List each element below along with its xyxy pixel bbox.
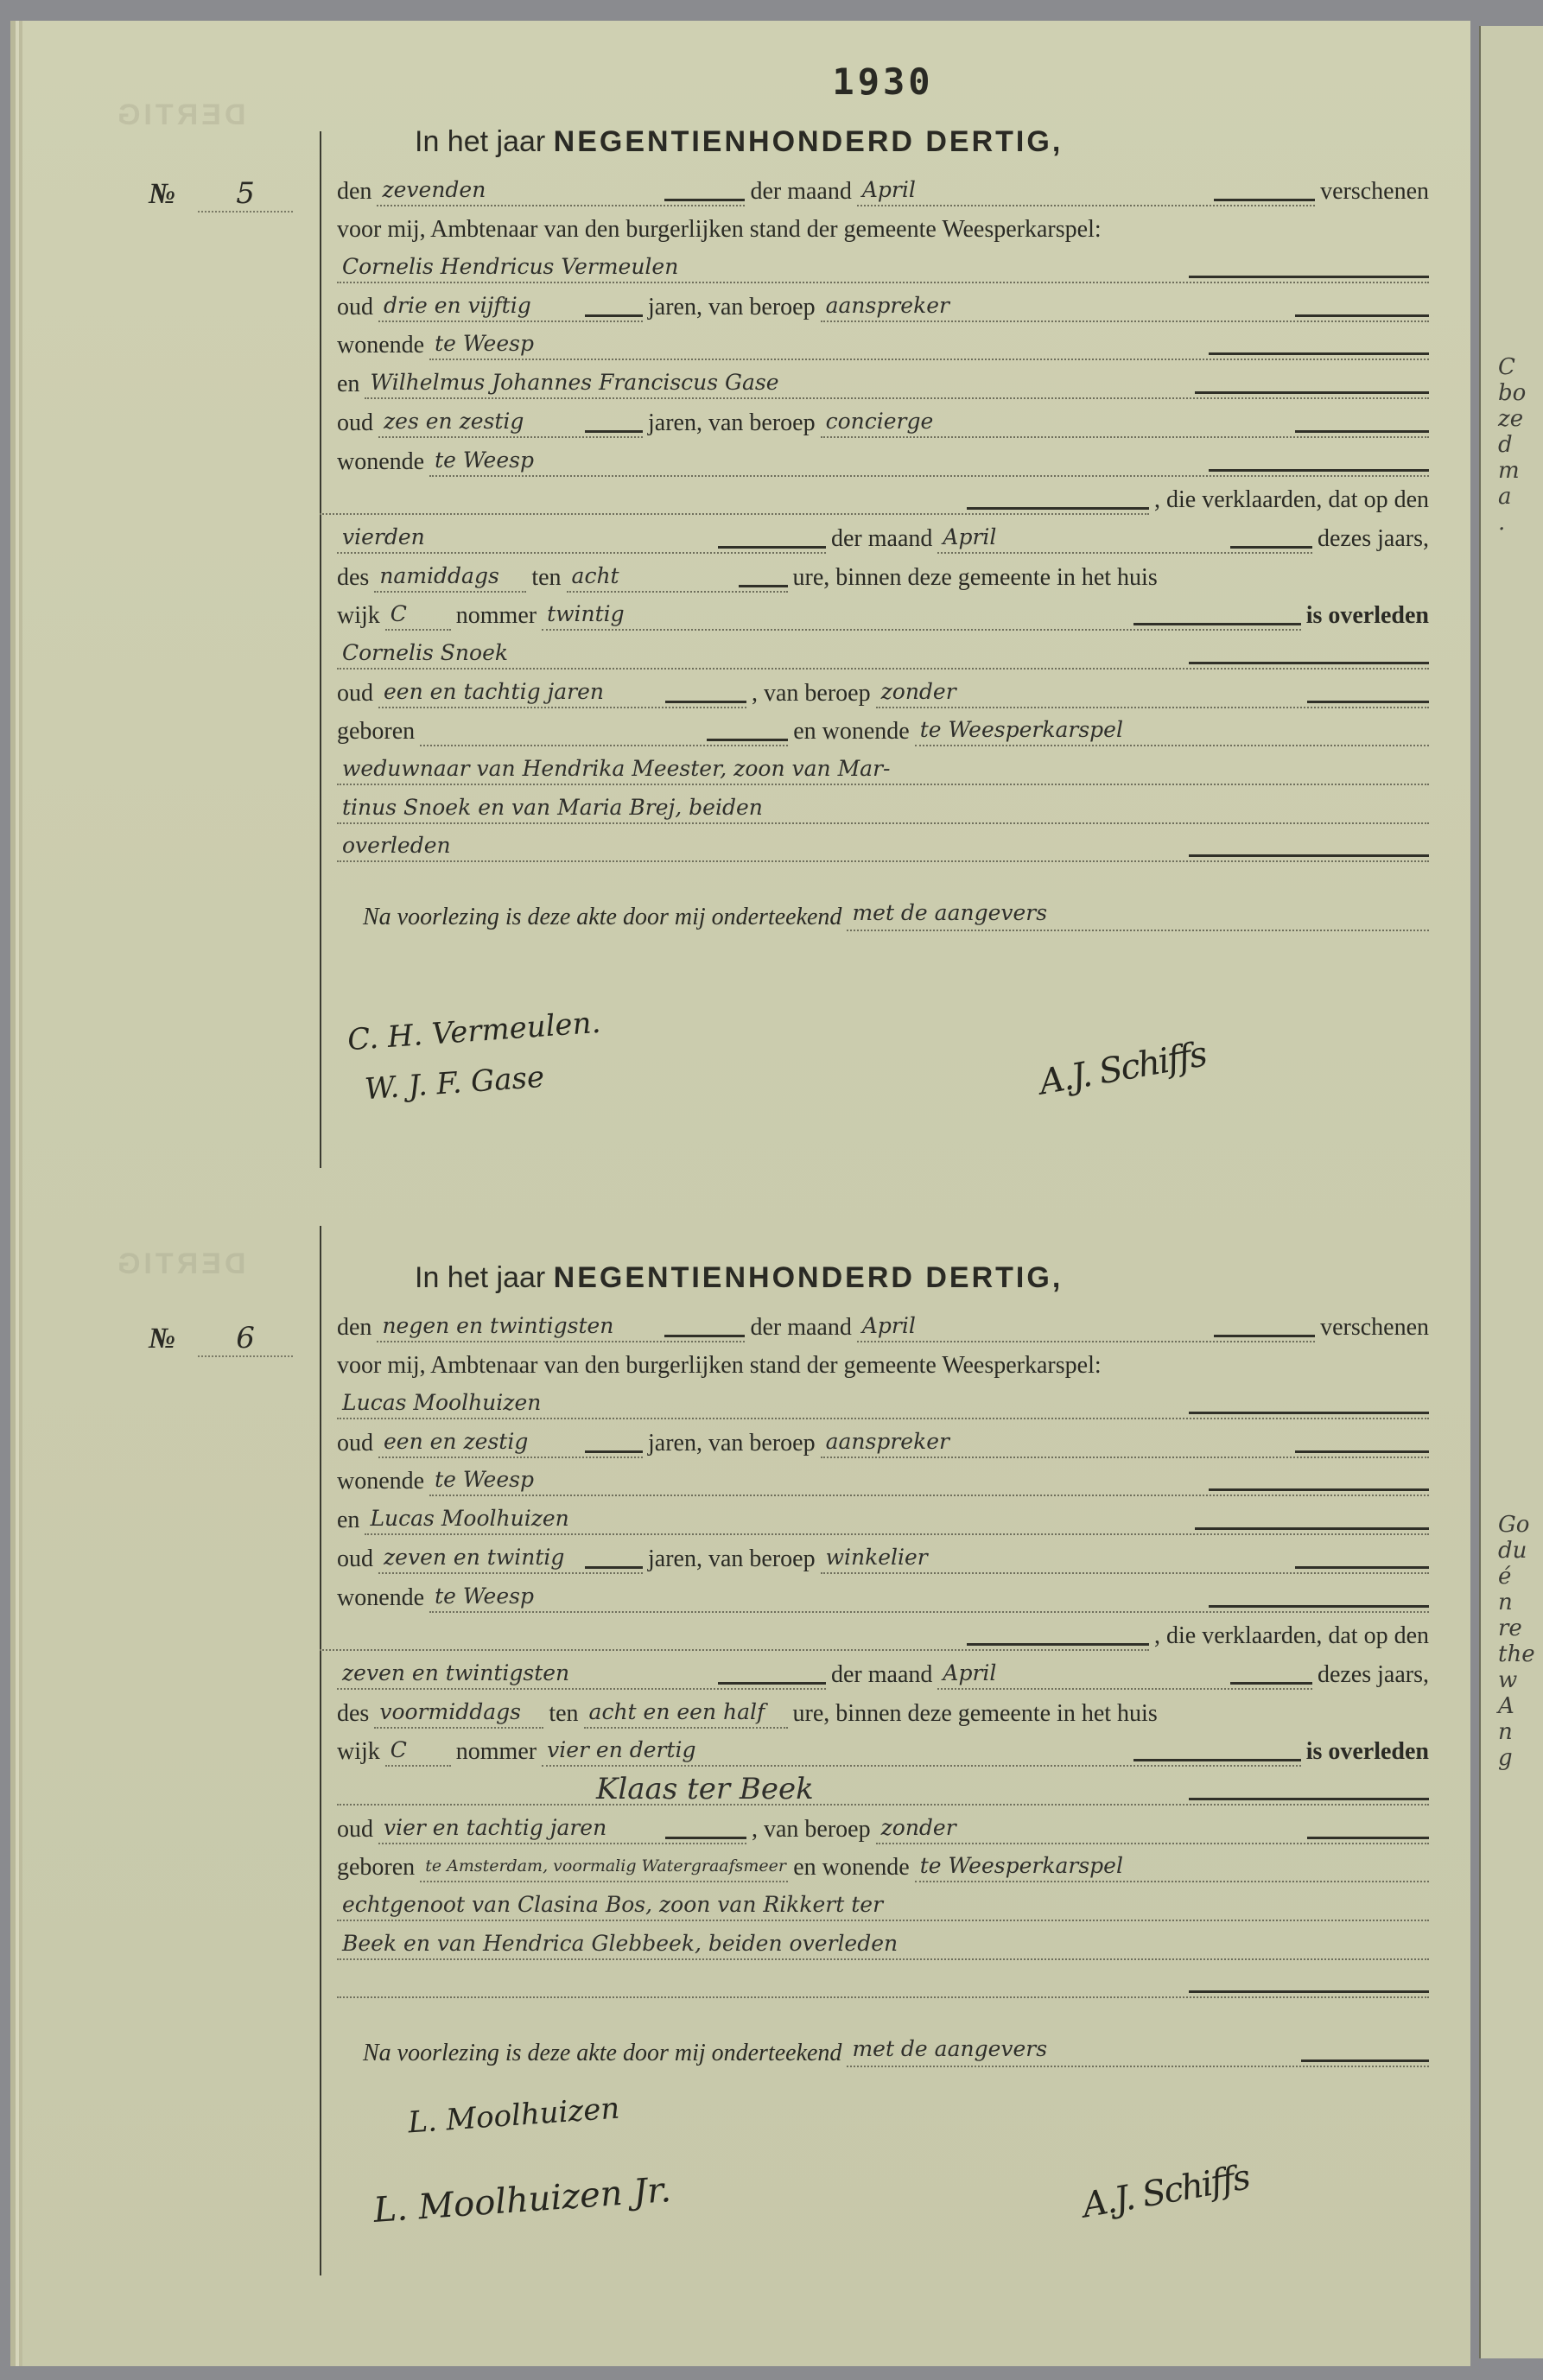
field-birthplace [420,715,788,746]
field-month: April [857,1311,1315,1342]
field-nommer: vier en dertig [542,1736,1301,1767]
record-number: № 6 [149,1321,293,1357]
line-declarant1-name: Cornelis Hendricus Vermeulen [337,244,1434,283]
field-death-month: April [937,523,1312,554]
line-remarks: echtgenoot van Clasina Bos, zoon van Rik… [337,1882,1434,1921]
margin-rule [320,1226,321,2275]
field-death-day: zeven en twintigsten [337,1659,826,1690]
header-prefix: In het jaar [415,125,545,158]
label-der-maand: der maand [831,524,937,554]
field-remarks: overleden [337,831,1429,862]
signature-declarant1: L. Moolhuizen [407,2091,621,2140]
field-residence: te Weesperkarspel [915,1851,1429,1882]
label-ten: ten [531,563,566,593]
record-number-value: 6 [198,1321,293,1357]
field-declarant2-residence: te Weesp [429,446,1429,477]
line-address: wijk C nommer vier en dertig is overlede… [337,1729,1434,1768]
label-verschenen: verschenen [1320,1313,1434,1342]
closing-text: Na voorlezing is deze akte door mij onde… [337,904,847,931]
label-van-beroep: , van beroep [752,679,876,708]
line-preamble: voor mij, Ambtenaar van den burgerlijken… [337,206,1434,245]
label-ure: ure, binnen deze gemeente in het huis [793,1699,1163,1729]
signature-declarant2: W. J. F. Gase [364,1060,545,1107]
line-death-time: des voormiddags ten acht en een half ure… [337,1690,1434,1729]
record-header: In het jaar NEGENTIENHONDERD DERTIG, [337,116,1434,168]
line-declarant2-residence: wonende te Weesp [337,438,1434,477]
label-oud: oud [337,409,378,438]
label-is-overleden: is overleden [1306,1737,1434,1767]
field-blank [320,484,1149,515]
bleedthrough-text: DERTIG [114,1247,245,1281]
field-time-of-day: voormiddags [374,1698,543,1729]
header-year-words: NEGENTIENHONDERD DERTIG, [554,1261,1064,1294]
line-declarant2-name: en Lucas Moolhuizen [337,1496,1434,1535]
label-wonende: wonende [337,331,429,360]
field-time-of-day: namiddags [374,562,526,593]
margin-note: C bo ze d m a . [1498,354,1526,536]
label-jaren-beroep: jaren, van beroep [648,409,821,438]
label-geboren: geboren [337,1853,420,1882]
label-oud: oud [337,1815,378,1844]
line-death-time: des namiddags ten acht ure, binnen deze … [337,554,1434,593]
field-declarant2-age: zes en zestig [378,407,643,438]
field-nommer: twintig [542,600,1301,631]
label-oud: oud [337,1429,378,1458]
label-is-overleden: is overleden [1306,601,1434,631]
field-signed-with: met de aangevers [847,900,1429,931]
line-remarks: tinus Snoek en van Maria Brej, beiden [337,785,1434,824]
label-verklaarden: , die verklaarden, dat op den [1154,1622,1434,1651]
death-record-6: In het jaar NEGENTIENHONDERD DERTIG, den… [337,1252,1434,2067]
preamble: voor mij, Ambtenaar van den burgerlijken… [337,1351,1107,1380]
preamble: voor mij, Ambtenaar van den burgerlijken… [337,215,1107,244]
label-wijk: wijk [337,1737,385,1767]
line-deceased-name: Klaas ter Beek [337,1767,1434,1806]
label-oud: oud [337,1545,378,1574]
label-en-wonende: en wonende [793,717,915,746]
record-number-value: 5 [198,176,293,213]
field-declarant2-occupation: concierge [821,407,1429,438]
field-remarks [337,1967,1429,1998]
line-deceased-age: oud een en tachtig jaren , van beroep zo… [337,670,1434,708]
margin-note: Go du é n re the w A n g [1498,1512,1535,1771]
closing-text: Na voorlezing is deze akte door mij onde… [337,2040,847,2067]
label-des: des [337,1699,374,1729]
line-deceased-name: Cornelis Snoek [337,631,1434,670]
field-deceased-age: vier en tachtig jaren [378,1813,746,1844]
register-year: 1930 [788,60,978,103]
label-jaren-beroep: jaren, van beroep [648,1545,821,1574]
record-number: № 5 [149,176,293,213]
record-header: In het jaar NEGENTIENHONDERD DERTIG, [337,1252,1434,1304]
label-verklaarden: , die verklaarden, dat op den [1154,486,1434,515]
label-nommer: nommer [456,1737,542,1767]
line-date: den negen en twintigsten der maand April… [337,1304,1434,1342]
field-deceased-age: een en tachtig jaren [378,677,746,708]
field-remarks: Beek en van Hendrica Glebbeek, beiden ov… [337,1929,1429,1960]
field-blank [320,1620,1149,1651]
line-birthplace: geboren en wonende te Weesperkarspel [337,708,1434,747]
field-deceased-occupation: zonder [876,1813,1429,1844]
label-dezes-jaars: dezes jaars, [1318,524,1434,554]
label-dezes-jaars: dezes jaars, [1318,1660,1434,1690]
field-month: April [857,175,1315,206]
field-hour: acht [567,562,788,593]
label-wonende: wonende [337,447,429,477]
line-declarant1-age: oud een en zestig jaren, van beroep aans… [337,1419,1434,1458]
field-remarks: weduwnaar van Hendrika Meester, zoon van… [337,754,1429,785]
label-den: den [337,177,377,206]
field-wijk: C [385,1736,451,1767]
field-deceased-name: Cornelis Snoek [337,638,1429,670]
field-declarant2-name: Wilhelmus Johannes Franciscus Gase [365,368,1429,399]
line-address: wijk C nommer twintig is overleden [337,593,1434,631]
field-declarant1-occupation: aanspreker [821,291,1429,322]
field-declarant2-name: Lucas Moolhuizen [365,1504,1429,1535]
line-verklaarden: , die verklaarden, dat op den [337,477,1434,516]
label-wonende: wonende [337,1467,429,1496]
label-verschenen: verschenen [1320,177,1434,206]
line-declarant1-name: Lucas Moolhuizen [337,1380,1434,1419]
line-birthplace: geboren te Amsterdam, voormalig Watergra… [337,1844,1434,1883]
field-deceased-name: Klaas ter Beek [337,1774,1429,1806]
label-jaren-beroep: jaren, van beroep [648,293,821,322]
label-des: des [337,563,374,593]
field-deceased-occupation: zonder [876,677,1429,708]
header-year-words: NEGENTIENHONDERD DERTIG, [554,125,1064,158]
field-declarant1-residence: te Weesp [429,329,1429,360]
line-remarks: overleden [337,824,1434,863]
number-sign: № [149,178,175,211]
label-der-maand: der maand [750,177,856,206]
line-declarant2-age: oud zes en zestig jaren, van beroep conc… [337,399,1434,438]
field-wijk: C [385,600,451,631]
field-declarant1-occupation: aanspreker [821,1427,1429,1458]
field-death-month: April [937,1659,1312,1690]
field-residence: te Weesperkarspel [915,715,1429,746]
label-en: en [337,1506,365,1535]
label-jaren-beroep: jaren, van beroep [648,1429,821,1458]
field-day: negen en twintigsten [377,1311,745,1342]
label-oud: oud [337,679,378,708]
field-remarks: echtgenoot van Clasina Bos, zoon van Rik… [337,1890,1429,1921]
facing-page-edge: C bo ze d m a . Go du é n re the w A n g [1479,26,1543,2358]
field-declarant1-age: drie en vijftig [378,291,643,322]
signature-declarant1: C. H. Vermeulen. [346,1006,602,1057]
label-en-wonende: en wonende [793,1853,915,1882]
line-declarant2-name: en Wilhelmus Johannes Franciscus Gase [337,360,1434,399]
label-der-maand: der maand [831,1660,937,1690]
closing-line: Na voorlezing is deze akte door mij onde… [337,2036,1434,2067]
closing-line: Na voorlezing is deze akte door mij onde… [337,900,1434,931]
field-death-day: vierden [337,523,826,554]
label-oud: oud [337,293,378,322]
line-death-date: zeven en twintigsten der maand April dez… [337,1651,1434,1690]
label-wijk: wijk [337,601,385,631]
signature-official: A.J. Schiffs [1079,2157,1252,2225]
field-declarant2-residence: te Weesp [429,1582,1429,1613]
line-declarant1-residence: wonende te Weesp [337,322,1434,361]
field-declarant1-name: Cornelis Hendricus Vermeulen [337,252,1429,283]
line-remarks [337,1960,1434,1999]
field-hour: acht en een half [584,1698,788,1729]
line-death-date: vierden der maand April dezes jaars, [337,515,1434,554]
register-page: DERTIG DERTIG 1930 № 5 In het jaar NEGEN… [10,21,1470,2366]
header-prefix: In het jaar [415,1261,545,1294]
line-date: den zevenden der maand April verschenen [337,168,1434,206]
field-remarks: tinus Snoek en van Maria Brej, beiden [337,793,1429,824]
margin-rule [320,131,321,1168]
label-nommer: nommer [456,601,542,631]
label-den: den [337,1313,377,1342]
label-van-beroep: , van beroep [752,1815,876,1844]
signature-declarant2: L. Moolhuizen Jr. [372,2170,672,2231]
line-declarant1-age: oud drie en vijftig jaren, van beroep aa… [337,283,1434,322]
label-geboren: geboren [337,717,420,746]
line-remarks: weduwnaar van Hendrika Meester, zoon van… [337,746,1434,785]
bleedthrough-text: DERTIG [114,98,245,132]
field-declarant2-occupation: winkelier [821,1543,1429,1574]
line-preamble: voor mij, Ambtenaar van den burgerlijken… [337,1342,1434,1381]
field-declarant1-residence: te Weesp [429,1465,1429,1496]
field-declarant1-age: een en zestig [378,1427,643,1458]
field-signed-with: met de aangevers [847,2036,1429,2067]
line-deceased-age: oud vier en tachtig jaren , van beroep z… [337,1806,1434,1844]
line-verklaarden: , die verklaarden, dat op den [337,1613,1434,1652]
field-declarant2-age: zeven en twintig [378,1543,643,1574]
label-wonende: wonende [337,1583,429,1613]
death-record-5: In het jaar NEGENTIENHONDERD DERTIG, den… [337,116,1434,931]
line-declarant2-residence: wonende te Weesp [337,1574,1434,1613]
field-declarant1-name: Lucas Moolhuizen [337,1388,1429,1419]
signature-official: A.J. Schiffs [1036,1034,1209,1102]
field-day: zevenden [377,175,745,206]
label-en: en [337,370,365,399]
line-declarant1-residence: wonende te Weesp [337,1458,1434,1497]
label-ure: ure, binnen deze gemeente in het huis [793,563,1163,593]
line-remarks: Beek en van Hendrica Glebbeek, beiden ov… [337,1921,1434,1960]
line-declarant2-age: oud zeven en twintig jaren, van beroep w… [337,1535,1434,1574]
field-birthplace: te Amsterdam, voormalig Watergraafsmeer [420,1851,788,1882]
label-der-maand: der maand [750,1313,856,1342]
number-sign: № [149,1323,175,1355]
label-ten: ten [549,1699,583,1729]
